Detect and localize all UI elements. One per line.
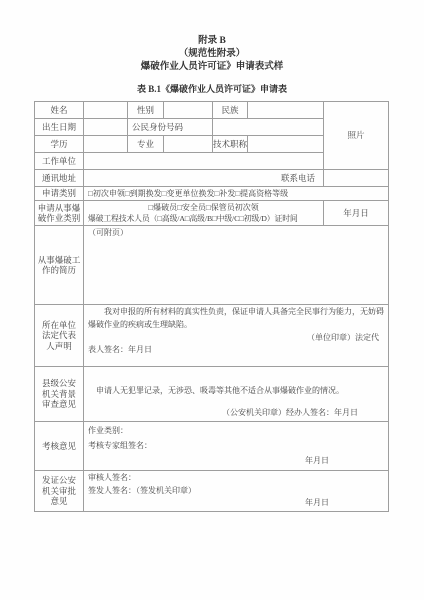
blast-type-date-cell: 年月日 (324, 201, 389, 226)
resume-label: 从事爆破工 作的简历 (35, 226, 84, 305)
blast-type-label: 申请从事爆 破作业类别 (35, 201, 84, 226)
blast-type-options-line2: 爆破工程技术人员（□高级/A□高级/B□中级/C□初级/D）证时间 (88, 213, 319, 224)
phone-value-cell (324, 170, 389, 187)
phone-label: 联系电话 (281, 173, 315, 183)
id-number-label: 公民身份号码 (128, 119, 213, 136)
police-review-body: 申请人无犯罪记录，无涉恐、吸毒等其他不适合从事爆破作业的情况。 (88, 368, 384, 397)
exam-opinion-cell: 作业类别： 考核专家组签名： 年月日 (84, 422, 389, 471)
birth-date-label: 出生日期 (35, 119, 84, 136)
ethnicity-label: 民族 (213, 102, 248, 119)
issue-date: 年月日 (305, 497, 384, 510)
police-review-sign-line: （公安机关印章）经办人签名：年月日 (88, 407, 384, 419)
appendix-subtitle: （规范性附录） (0, 48, 424, 61)
row-apply-type: 申请类别 □初次申领□到期换发□变更单位换发□补发□提高资格等级 (35, 187, 389, 201)
resume-note: （可附页） (88, 228, 128, 237)
employer-statement-label: 所在单位 法定代表 人声明 (35, 305, 84, 367)
education-value-cell (84, 136, 128, 153)
blast-type-options: □爆破员□安全员□保管员初次领 爆破工程技术人员（□高级/A□高级/B□中级/C… (84, 201, 324, 226)
appendix-caption: 爆破作业人员许可证》申请表式样 (0, 61, 424, 74)
education-label: 学历 (35, 136, 84, 153)
name-label: 姓名 (35, 102, 84, 119)
major-value-cell (164, 136, 213, 153)
employer-statement-body: 我对申报的所有材料的真实性负责，保证申请人具备完全民事行为能力，无妨碍爆破作业的… (88, 306, 384, 331)
row-exam-opinion: 考核意见 作业类别： 考核专家组签名： 年月日 (35, 422, 389, 471)
tech-title-label: 技术职称 (213, 136, 248, 153)
row-resume: 从事爆破工 作的简历 （可附页） (35, 226, 389, 305)
issue-approval-label: 发证公安 机关审批 意见 (35, 471, 84, 512)
exam-expert-sign-line: 考核专家组签名： (88, 438, 384, 453)
employer-statement-sign-line: 表人签名：年月日 (88, 344, 384, 357)
row-issue-approval: 发证公安 机关审批 意见 审核人签名： 签发人签名：（签发机关印章） 年月日 (35, 471, 389, 512)
issue-approval-cell: 审核人签名： 签发人签名：（签发机关印章） 年月日 (84, 471, 389, 512)
apply-type-options: □初次申领□到期换发□变更单位换发□补发□提高资格等级 (84, 187, 389, 201)
row-name: 姓名 性别 民族 照片 (35, 102, 389, 119)
photo-cell: 照片 (324, 102, 389, 170)
name-value-cell (84, 102, 128, 119)
document-page: 附录 B （规范性附录） 爆破作业人员许可证》申请表式样 表 B.1《爆破作业人… (0, 0, 424, 600)
issue-reviewer-sign-line: 审核人签名： (88, 472, 384, 485)
employer-label: 工作单位 (35, 153, 84, 170)
tech-title-value-cell (248, 136, 324, 153)
appendix-title: 附录 B (0, 35, 424, 48)
exam-category-line: 作业类别： (88, 423, 384, 438)
employer-statement-cell: 我对申报的所有材料的真实性负责，保证申请人具备完全民事行为能力，无妨碍爆破作业的… (84, 305, 389, 367)
appendix-header: 附录 B （规范性附录） 爆破作业人员许可证》申请表式样 (0, 0, 424, 74)
birth-date-value-cell (84, 119, 128, 136)
issue-signer-line: 签发人签名：（签发机关印章） (88, 485, 384, 498)
gender-label: 性别 (128, 102, 164, 119)
row-address: 通讯地址 联系电话 (35, 170, 389, 187)
row-blast-type: 申请从事爆 破作业类别 □爆破员□安全员□保管员初次领 爆破工程技术人员（□高级… (35, 201, 389, 226)
id-number-value-cell (213, 119, 324, 136)
row-police-review: 县级公安 机关背景 审查意见 申请人无犯罪记录，无涉恐、吸毒等其他不适合从事爆破… (35, 367, 389, 422)
apply-type-label: 申请类别 (35, 187, 84, 201)
application-form-table: 姓名 性别 民族 照片 出生日期 公民身份号码 学历 专业 技术职称 工作单位 (34, 101, 389, 512)
address-value-and-phone-label: 联系电话 (84, 170, 324, 187)
row-employer-statement: 所在单位 法定代表 人声明 我对申报的所有材料的真实性负责，保证申请人具备完全民… (35, 305, 389, 367)
police-review-label: 县级公安 机关背景 审查意见 (35, 367, 84, 422)
police-review-cell: 申请人无犯罪记录，无涉恐、吸毒等其他不适合从事爆破作业的情况。 （公安机关印章）… (84, 367, 389, 422)
exam-opinion-label: 考核意见 (35, 422, 84, 471)
address-label: 通讯地址 (35, 170, 84, 187)
employer-value-cell (84, 153, 324, 170)
ethnicity-value-cell (248, 102, 324, 119)
employer-statement-seal-line: （单位印章）法定代 (88, 331, 384, 344)
major-label: 专业 (128, 136, 164, 153)
resume-cell: （可附页） (84, 226, 389, 305)
gender-value-cell (164, 102, 213, 119)
exam-date: 年月日 (305, 453, 384, 468)
blast-type-options-line1: □爆破员□安全员□保管员初次领 (88, 202, 319, 213)
table-caption: 表 B.1《爆破作业人员许可证》申请表 (0, 82, 424, 95)
